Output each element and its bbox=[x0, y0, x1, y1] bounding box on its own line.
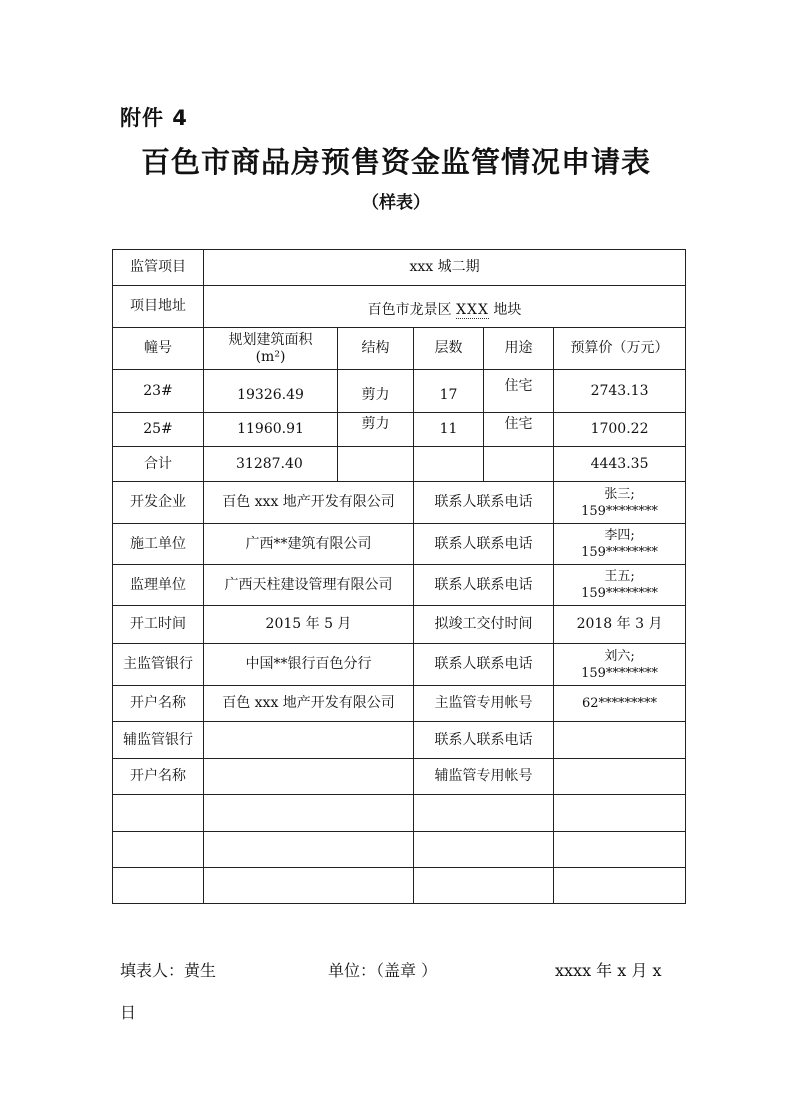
info-row-main-account: 开户名称 百色 xxx 地产开发有限公司 主监管专用帐号 62********* bbox=[113, 686, 686, 722]
building-budget[interactable]: 2743.13 bbox=[554, 370, 686, 413]
building-structure-text: 剪力 bbox=[362, 416, 390, 432]
aux-bank-value[interactable] bbox=[204, 722, 414, 759]
blank-row bbox=[113, 832, 686, 868]
blank-cell[interactable] bbox=[414, 832, 554, 868]
total-label: 合计 bbox=[113, 447, 204, 482]
main-account-no-label: 主监管专用帐号 bbox=[414, 686, 554, 722]
contractor-contact-label: 联系人联系电话 bbox=[414, 524, 554, 565]
blank-row bbox=[113, 795, 686, 832]
filler-label: 填表人：黄生 bbox=[120, 958, 216, 981]
blank-cell[interactable] bbox=[113, 868, 204, 904]
aux-account-name-label: 开户名称 bbox=[113, 759, 204, 795]
total-budget[interactable]: 4443.35 bbox=[554, 447, 686, 482]
blank-cell[interactable] bbox=[113, 795, 204, 832]
row-project: 监管项目 xxx 城二期 bbox=[113, 250, 686, 286]
contact-name: 李四; bbox=[556, 527, 683, 544]
info-row-main-bank: 主监管银行 中国**银行百色分行 联系人联系电话 刘六;159******** bbox=[113, 644, 686, 686]
building-floors[interactable]: 11 bbox=[414, 413, 484, 447]
contact-name: 张三; bbox=[556, 486, 683, 503]
attachment-label: 附件 4 bbox=[120, 102, 188, 132]
total-usage[interactable] bbox=[484, 447, 554, 482]
contact-name: 刘六; bbox=[556, 648, 683, 665]
start-date-label: 开工时间 bbox=[113, 606, 204, 644]
supervisor-label: 监理单位 bbox=[113, 565, 204, 606]
supervisor-contact-label: 联系人联系电话 bbox=[414, 565, 554, 606]
page-title: 百色市商品房预售资金监管情况申请表 bbox=[0, 140, 792, 181]
building-budget[interactable]: 1700.22 bbox=[554, 413, 686, 447]
building-usage[interactable]: 住宅 bbox=[484, 370, 554, 413]
contact-phone: 159******** bbox=[556, 665, 683, 682]
building-no[interactable]: 25# bbox=[113, 413, 204, 447]
contact-phone: 159******** bbox=[556, 544, 683, 561]
address-value[interactable]: 百色市龙景区 XXX 地块 bbox=[204, 286, 686, 328]
building-area[interactable]: 19326.49 bbox=[204, 370, 338, 413]
building-usage-text: 住宅 bbox=[505, 416, 533, 432]
contractor-value[interactable]: 广西**建筑有限公司 bbox=[204, 524, 414, 565]
contact-name: 王五; bbox=[556, 568, 683, 585]
main-bank-contact-label: 联系人联系电话 bbox=[414, 644, 554, 686]
header-building-no: 幢号 bbox=[113, 328, 204, 370]
unit-seal-label: 单位：（盖章 ） bbox=[328, 958, 437, 981]
aux-account-name-value[interactable] bbox=[204, 759, 414, 795]
info-row-start-date: 开工时间 2015 年 5 月 拟竣工交付时间 2018 年 3 月 bbox=[113, 606, 686, 644]
building-structure[interactable]: 剪力 bbox=[338, 370, 414, 413]
application-form-table: 监管项目 xxx 城二期 项目地址 百色市龙景区 XXX 地块 幢号 规划建筑面… bbox=[112, 249, 686, 904]
header-area: 规划建筑面积(m²) bbox=[204, 328, 338, 370]
date-line: xxxx 年 x 月 x bbox=[555, 958, 662, 981]
blank-cell[interactable] bbox=[414, 795, 554, 832]
main-bank-value[interactable]: 中国**银行百色分行 bbox=[204, 644, 414, 686]
header-structure: 结构 bbox=[338, 328, 414, 370]
blank-cell[interactable] bbox=[204, 832, 414, 868]
address-suffix: 地块 bbox=[489, 302, 521, 318]
aux-account-no-value[interactable] bbox=[554, 759, 686, 795]
blank-cell[interactable] bbox=[414, 868, 554, 904]
header-area-unit: (m²) bbox=[206, 349, 335, 366]
developer-value[interactable]: 百色 xxx 地产开发有限公司 bbox=[204, 482, 414, 524]
header-budget: 预算价（万元） bbox=[554, 328, 686, 370]
aux-bank-contact[interactable] bbox=[554, 722, 686, 759]
project-value[interactable]: xxx 城二期 bbox=[204, 250, 686, 286]
total-structure[interactable] bbox=[338, 447, 414, 482]
supervisor-value[interactable]: 广西天柱建设管理有限公司 bbox=[204, 565, 414, 606]
building-area[interactable]: 11960.91 bbox=[204, 413, 338, 447]
date-day: 日 bbox=[120, 1000, 136, 1023]
delivery-date-label: 拟竣工交付时间 bbox=[414, 606, 554, 644]
info-row-contractor: 施工单位 广西**建筑有限公司 联系人联系电话 李四;159******** bbox=[113, 524, 686, 565]
main-account-name-value[interactable]: 百色 xxx 地产开发有限公司 bbox=[204, 686, 414, 722]
developer-contact[interactable]: 张三;159******** bbox=[554, 482, 686, 524]
blank-cell[interactable] bbox=[554, 795, 686, 832]
contact-phone: 159******** bbox=[556, 585, 683, 602]
total-floors[interactable] bbox=[414, 447, 484, 482]
main-bank-label: 主监管银行 bbox=[113, 644, 204, 686]
main-account-no-value[interactable]: 62********* bbox=[554, 686, 686, 722]
address-prefix: 百色市龙景区 bbox=[368, 302, 456, 318]
contractor-label: 施工单位 bbox=[113, 524, 204, 565]
header-area-text: 规划建筑面积 bbox=[206, 332, 335, 349]
blank-cell[interactable] bbox=[554, 832, 686, 868]
delivery-date-value[interactable]: 2018 年 3 月 bbox=[554, 606, 686, 644]
building-structure[interactable]: 剪力 bbox=[338, 413, 414, 447]
blank-cell[interactable] bbox=[113, 832, 204, 868]
info-row-supervisor: 监理单位 广西天柱建设管理有限公司 联系人联系电话 王五;159******** bbox=[113, 565, 686, 606]
building-usage-text: 住宅 bbox=[505, 378, 533, 394]
blank-cell[interactable] bbox=[204, 795, 414, 832]
building-no[interactable]: 23# bbox=[113, 370, 204, 413]
header-floors: 层数 bbox=[414, 328, 484, 370]
info-row-aux-account: 开户名称 辅监管专用帐号 bbox=[113, 759, 686, 795]
address-label: 项目地址 bbox=[113, 286, 204, 328]
blank-cell[interactable] bbox=[554, 868, 686, 904]
aux-bank-label: 辅监管银行 bbox=[113, 722, 204, 759]
header-usage: 用途 bbox=[484, 328, 554, 370]
row-total: 合计 31287.40 4443.35 bbox=[113, 447, 686, 482]
main-account-name-label: 开户名称 bbox=[113, 686, 204, 722]
blank-row bbox=[113, 868, 686, 904]
contact-phone: 159******** bbox=[556, 503, 683, 520]
developer-label: 开发企业 bbox=[113, 482, 204, 524]
start-date-value[interactable]: 2015 年 5 月 bbox=[204, 606, 414, 644]
project-label: 监管项目 bbox=[113, 250, 204, 286]
info-row-developer: 开发企业 百色 xxx 地产开发有限公司 联系人联系电话 张三;159*****… bbox=[113, 482, 686, 524]
address-highlight: XXX bbox=[456, 302, 489, 319]
row-building-headers: 幢号 规划建筑面积(m²) 结构 层数 用途 预算价（万元） bbox=[113, 328, 686, 370]
aux-bank-contact-label: 联系人联系电话 bbox=[414, 722, 554, 759]
developer-contact-label: 联系人联系电话 bbox=[414, 482, 554, 524]
building-usage[interactable]: 住宅 bbox=[484, 413, 554, 447]
building-floors[interactable]: 17 bbox=[414, 370, 484, 413]
blank-cell[interactable] bbox=[204, 868, 414, 904]
main-bank-contact[interactable]: 刘六;159******** bbox=[554, 644, 686, 686]
row-address: 项目地址 百色市龙景区 XXX 地块 bbox=[113, 286, 686, 328]
page-subtitle: （样表） bbox=[0, 188, 792, 213]
contractor-contact[interactable]: 李四;159******** bbox=[554, 524, 686, 565]
aux-account-no-label: 辅监管专用帐号 bbox=[414, 759, 554, 795]
building-row: 25# 11960.91 剪力 11 住宅 1700.22 bbox=[113, 413, 686, 447]
building-row: 23# 19326.49 剪力 17 住宅 2743.13 bbox=[113, 370, 686, 413]
supervisor-contact[interactable]: 王五;159******** bbox=[554, 565, 686, 606]
info-row-aux-bank: 辅监管银行 联系人联系电话 bbox=[113, 722, 686, 759]
total-area[interactable]: 31287.40 bbox=[204, 447, 338, 482]
